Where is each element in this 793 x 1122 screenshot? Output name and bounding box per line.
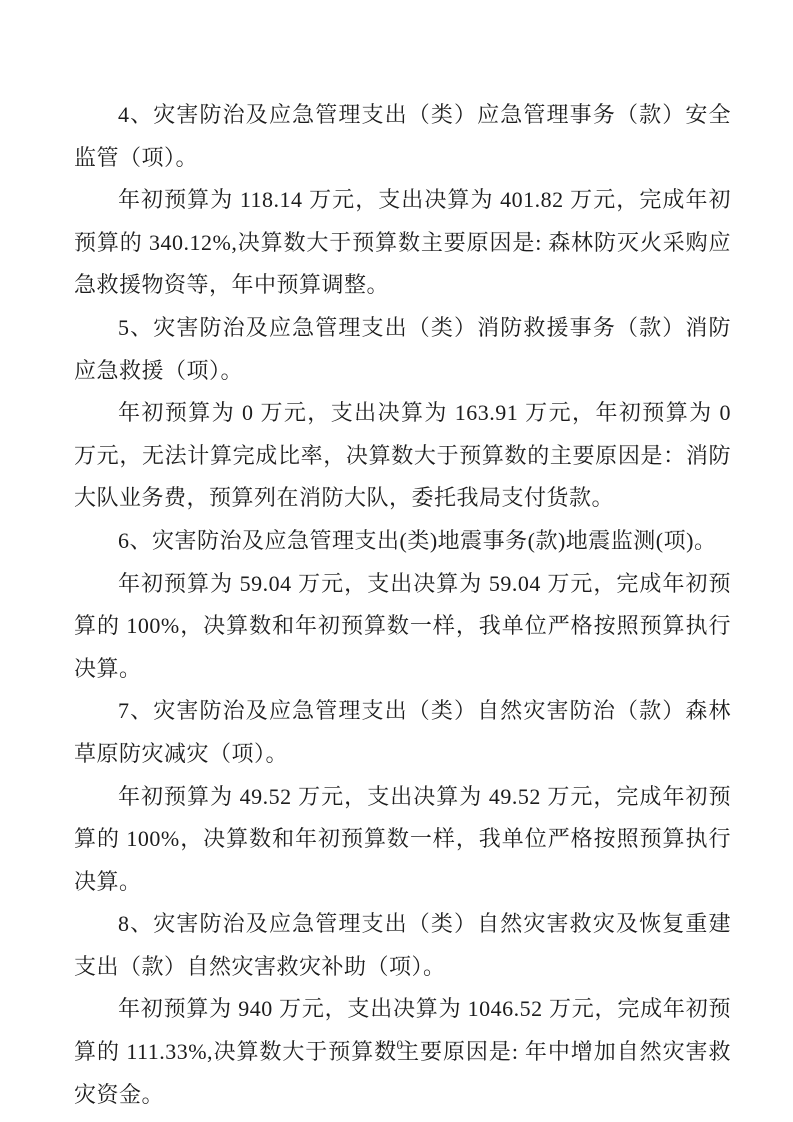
section-7-heading: 7、灾害防治及应急管理支出（类）自然灾害防治（款）森林草原防灾减灾（项）。: [74, 690, 731, 775]
section-6-heading: 6、灾害防治及应急管理支出(类)地震事务(款)地震监测(项)。: [74, 520, 731, 563]
section-4-body: 年初预算为 118.14 万元，支出决算为 401.82 万元，完成年初预算的 …: [74, 179, 731, 307]
section-8-heading: 8、灾害防治及应急管理支出（类）自然灾害救灾及恢复重建支出（款）自然灾害救灾补助…: [74, 903, 731, 988]
page-number: - 10 -: [379, 1037, 413, 1052]
section-6-body: 年初预算为 59.04 万元，支出决算为 59.04 万元，完成年初预算的 10…: [74, 563, 731, 691]
section-5-heading: 5、灾害防治及应急管理支出（类）消防救援事务（款）消防应急救援（项）。: [74, 307, 731, 392]
document-page: 4、灾害防治及应急管理支出（类）应急管理事务（款）安全监管（项）。 年初预算为 …: [0, 0, 793, 1122]
page-footer: - 10 -: [0, 1036, 793, 1054]
section-4-heading: 4、灾害防治及应急管理支出（类）应急管理事务（款）安全监管（项）。: [74, 94, 731, 179]
section-5-body: 年初预算为 0 万元，支出决算为 163.91 万元，年初预算为 0 万元，无法…: [74, 392, 731, 520]
document-body: 4、灾害防治及应急管理支出（类）应急管理事务（款）安全监管（项）。 年初预算为 …: [74, 94, 731, 1116]
section-7-body: 年初预算为 49.52 万元，支出决算为 49.52 万元，完成年初预算的 10…: [74, 776, 731, 904]
